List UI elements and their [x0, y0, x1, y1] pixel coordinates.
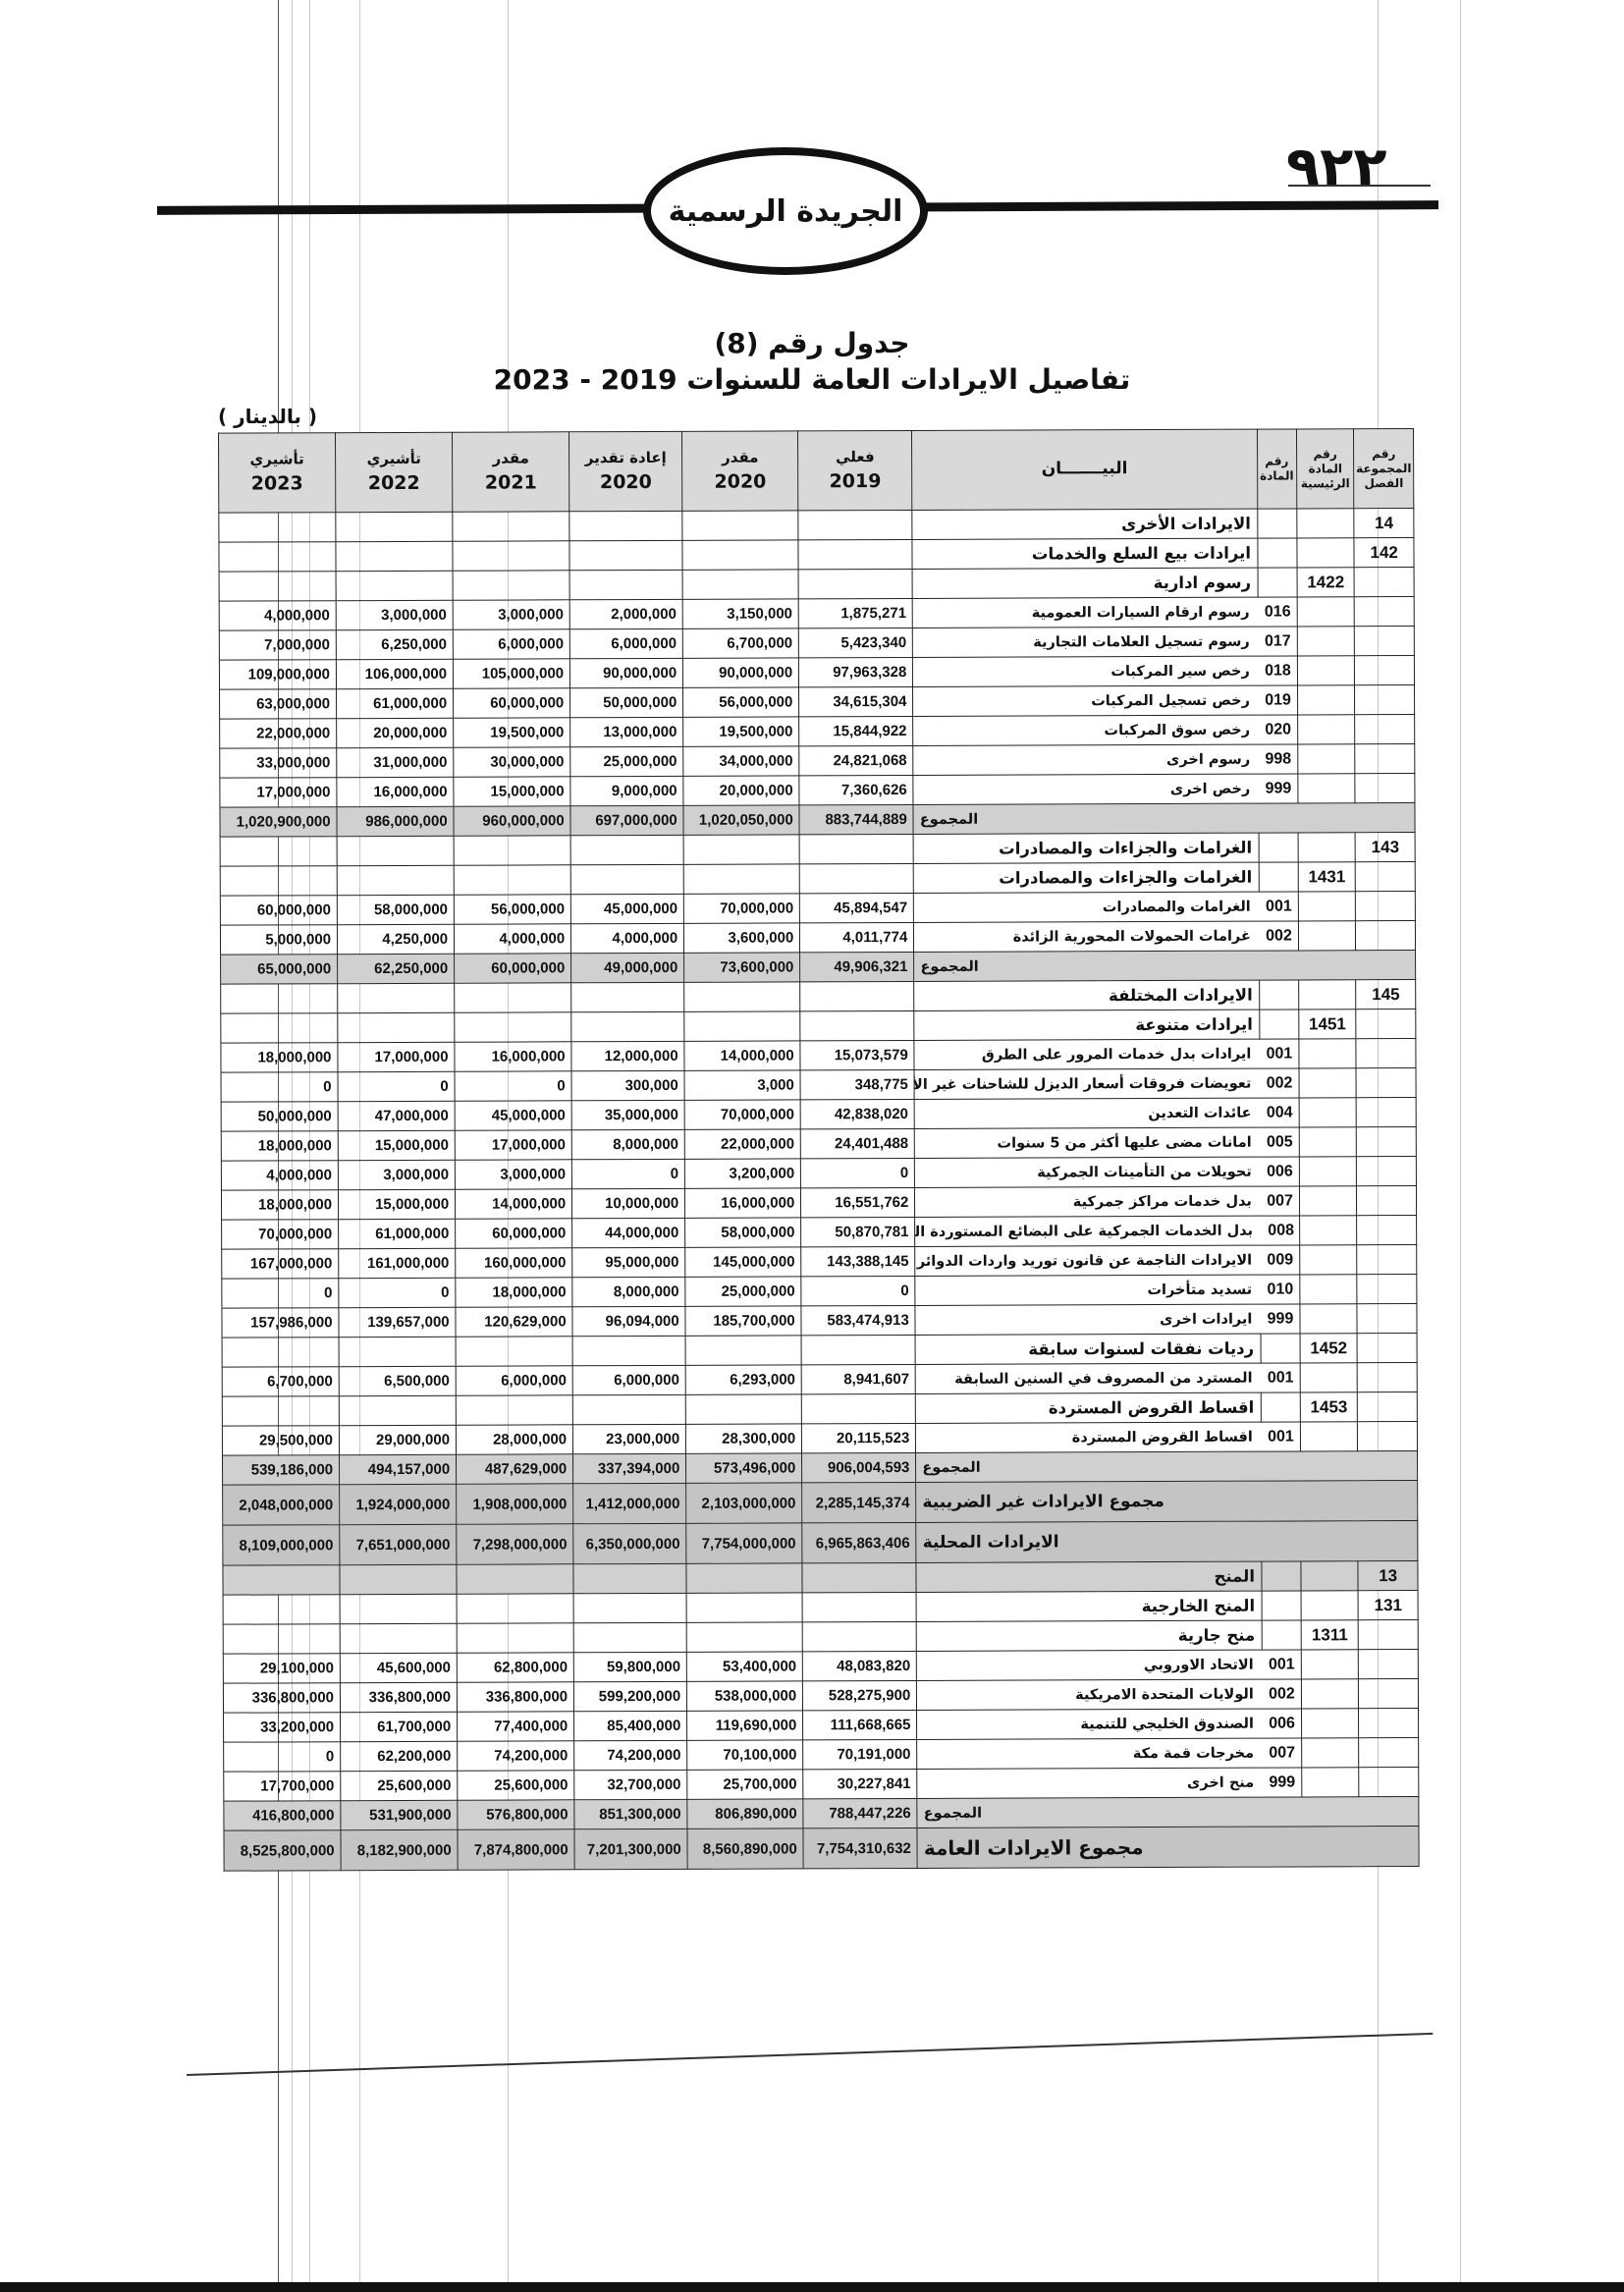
chapter-cell: [1359, 1708, 1419, 1737]
value-cell: 4,250,000: [337, 924, 454, 954]
item-label: 005امانات مضى عليها أكثر من 5 سنوات: [915, 1127, 1300, 1159]
col-item-number: رقم المادة: [1257, 429, 1297, 509]
table-row-total: 65,000,00062,250,00060,000,00049,000,000…: [221, 950, 1416, 984]
value-cell: 7,360,626: [799, 775, 913, 804]
chapter-cell: [1355, 714, 1415, 743]
group-label: الايرادات الأخرى: [912, 509, 1257, 539]
value-cell: 4,000,000: [455, 924, 571, 954]
chapter-cell: [1357, 1303, 1417, 1333]
value-cell: 6,293,000: [685, 1365, 801, 1394]
value-cell: [802, 1621, 916, 1651]
value-cell: 3,200,000: [685, 1159, 801, 1188]
page-number-underline: [1288, 185, 1431, 187]
chapter-cell: [1357, 1156, 1417, 1185]
item-label: 018رخص سير المركبات: [913, 656, 1298, 687]
item-code: 001: [1261, 1428, 1294, 1446]
value-cell: [683, 835, 799, 864]
chapter-cell: [1355, 743, 1415, 773]
value-cell: [571, 1011, 684, 1041]
gazette-name: الجريدة الرسمية: [669, 194, 903, 229]
value-cell: [340, 1623, 457, 1653]
main-item-cell: [1300, 1275, 1358, 1304]
main-item-cell: [1298, 774, 1356, 803]
table-row-group: الغرامات والجزاءات والمصادرات1431: [220, 861, 1415, 896]
item-label: 009الايرادات الناجمة عن قانون توريد وارد…: [915, 1245, 1300, 1277]
chapter-cell: [1358, 1392, 1418, 1421]
value-cell: 788,447,226: [803, 1798, 917, 1828]
item-label: 004عائدات التعدين: [914, 1098, 1299, 1129]
value-cell: 7,754,310,632: [803, 1828, 917, 1868]
main-item-cell: [1298, 921, 1356, 951]
col-2020-estimate: مقدر2020: [682, 431, 798, 511]
value-cell: [340, 1594, 457, 1623]
col-main-item-number: رقم المادة الرئيسية: [1296, 429, 1354, 509]
main-item-cell: [1301, 1709, 1359, 1738]
main-item-cell: 1453: [1300, 1392, 1358, 1422]
unit-note: ( بالدينار ): [218, 405, 317, 428]
main-item-cell: 1311: [1301, 1620, 1359, 1650]
table-row-item: 29,500,00029,000,00028,000,00023,000,000…: [222, 1421, 1417, 1455]
value-cell: 851,300,000: [574, 1799, 687, 1828]
value-cell: 50,870,781: [801, 1217, 915, 1246]
value-cell: [573, 1563, 686, 1593]
value-cell: 1,020,050,000: [683, 805, 799, 835]
value-cell: 97,963,328: [799, 657, 913, 686]
value-cell: [339, 1337, 456, 1366]
table-row-group: الغرامات والجزاءات والمصادرات143: [220, 832, 1415, 866]
item-cell: [1261, 1392, 1300, 1422]
table-row-item: 33,200,00061,700,00077,400,00085,400,000…: [224, 1708, 1419, 1742]
value-cell: 30,000,000: [454, 747, 570, 777]
total-label: المجموع: [916, 1450, 1418, 1482]
value-cell: 6,000,000: [572, 1365, 685, 1394]
table-row-item: 63,000,00061,000,00060,000,00050,000,000…: [220, 685, 1415, 720]
value-cell: 19,500,000: [454, 718, 570, 747]
value-cell: [338, 983, 455, 1012]
main-item-cell: [1301, 1679, 1359, 1709]
group-label: ايرادات متنوعة: [914, 1010, 1259, 1040]
total-label: المجموع: [917, 1796, 1419, 1828]
chapter-cell: [1357, 1126, 1417, 1156]
value-cell: [455, 1012, 571, 1042]
item-cell: [1261, 1334, 1300, 1363]
value-cell: 53,400,000: [686, 1652, 802, 1681]
value-cell: 74,200,000: [458, 1741, 574, 1771]
value-cell: 348,775: [800, 1069, 914, 1099]
item-label: 999ايرادات اخرى: [915, 1304, 1300, 1336]
item-label: 999رخص اخرى: [913, 774, 1298, 805]
main-item-cell: 1422: [1297, 568, 1355, 597]
value-cell: 5,000,000: [220, 925, 337, 955]
value-cell: 96,094,000: [572, 1306, 685, 1336]
value-cell: 62,250,000: [338, 954, 455, 983]
value-cell: 15,000,000: [339, 1189, 456, 1219]
value-cell: 539,186,000: [223, 1455, 340, 1485]
table-row-item: 000300,0003,000348,775002تعويضات فروقات …: [221, 1067, 1416, 1102]
value-cell: 25,000,000: [570, 746, 683, 776]
item-code: 005: [1260, 1133, 1293, 1151]
main-item-cell: [1300, 1304, 1358, 1334]
value-cell: [223, 1595, 340, 1624]
value-cell: 7,874,800,000: [458, 1829, 574, 1870]
value-cell: 105,000,000: [454, 659, 570, 688]
value-cell: [336, 512, 453, 541]
value-cell: [222, 1337, 339, 1367]
chapter-cell: 13: [1358, 1560, 1418, 1590]
value-cell: 70,000,000: [684, 1100, 800, 1129]
value-cell: 145,000,000: [685, 1247, 801, 1277]
item-code: 002: [1259, 927, 1292, 945]
value-cell: [800, 981, 914, 1010]
value-cell: [453, 541, 569, 571]
value-cell: [684, 982, 800, 1011]
item-label: 007بدل خدمات مراكز جمركية: [915, 1186, 1300, 1218]
table-row-item: 18,000,00017,000,00016,000,00012,000,000…: [221, 1038, 1416, 1072]
value-cell: 63,000,000: [220, 689, 337, 719]
chapter-cell: [1359, 1619, 1419, 1649]
value-cell: [454, 836, 570, 865]
value-cell: 70,000,000: [222, 1220, 339, 1249]
value-cell: [800, 1010, 914, 1040]
value-cell: 599,200,000: [574, 1681, 687, 1711]
item-code: 999: [1262, 1774, 1295, 1791]
total-label: الايرادات المحلية: [916, 1520, 1418, 1562]
item-code: 999: [1258, 780, 1291, 797]
value-cell: 17,700,000: [224, 1772, 341, 1801]
item-code: 001: [1261, 1369, 1294, 1387]
chapter-cell: [1357, 1244, 1417, 1274]
value-cell: 44,000,000: [572, 1218, 685, 1247]
col-2020-revised: إعادة تقدير2020: [569, 431, 682, 511]
value-cell: 17,000,000: [338, 1042, 455, 1071]
main-item-cell: [1297, 715, 1355, 744]
table-row-item: 4,000,0003,000,0003,000,00003,200,000000…: [221, 1156, 1416, 1190]
table-row-group: الايرادات الأخرى14: [219, 509, 1414, 543]
table-header-row: تأشيري2023 تأشيري2022 مقدر2021 إعادة تقد…: [219, 429, 1414, 514]
chapter-cell: [1357, 1333, 1417, 1362]
item-cell: [1259, 862, 1298, 892]
main-item-cell: 1451: [1299, 1010, 1357, 1039]
total-label: المجموع: [914, 950, 1416, 981]
chapter-cell: [1359, 1678, 1419, 1708]
value-cell: [221, 984, 338, 1013]
item-label: 002الولايات المتحدة الامريكية: [917, 1679, 1302, 1711]
value-cell: [798, 510, 912, 539]
table-row-item: 17,700,00025,600,00025,600,00032,700,000…: [224, 1767, 1419, 1801]
value-cell: 906,004,593: [802, 1452, 916, 1482]
chapter-cell: [1359, 1767, 1419, 1796]
table-row-item: 167,000,000161,000,000160,000,00095,000,…: [222, 1244, 1417, 1279]
value-cell: 17,000,000: [220, 778, 337, 807]
gazette-emblem: الجريدة الرسمية: [643, 147, 928, 275]
item-code: 001: [1259, 1045, 1292, 1063]
value-cell: 10,000,000: [572, 1188, 685, 1218]
item-label: 016رسوم ارقام السيارات العمومية: [912, 597, 1297, 628]
table-row-item: 70,000,00061,000,00060,000,00044,000,000…: [222, 1215, 1417, 1249]
main-item-cell: [1299, 1127, 1357, 1157]
value-cell: 29,500,000: [222, 1426, 339, 1455]
value-cell: 7,651,000,000: [340, 1524, 457, 1564]
value-cell: 0: [801, 1276, 915, 1305]
value-cell: 3,600,000: [684, 923, 800, 953]
value-cell: [572, 1336, 685, 1365]
value-cell: [457, 1623, 573, 1653]
value-cell: 70,100,000: [687, 1740, 803, 1770]
chapter-cell: 131: [1358, 1590, 1418, 1619]
item-label: 020رخص سوق المركبات: [913, 715, 1298, 746]
value-cell: 528,275,900: [803, 1680, 917, 1710]
value-cell: 0: [222, 1279, 339, 1308]
chapter-cell: 143: [1355, 832, 1415, 861]
value-cell: [798, 539, 912, 569]
main-item-cell: [1297, 509, 1355, 538]
value-cell: [570, 835, 683, 864]
value-cell: 70,000,000: [684, 894, 800, 923]
main-item-cell: [1297, 597, 1355, 627]
value-cell: 2,103,000,000: [686, 1483, 802, 1523]
value-cell: 0: [801, 1158, 915, 1187]
table-row-item: 33,000,00031,000,00030,000,00025,000,000…: [220, 743, 1415, 778]
main-item-cell: [1298, 892, 1356, 921]
value-cell: 143,388,145: [801, 1246, 915, 1276]
item-code: 001: [1259, 898, 1292, 915]
value-cell: 6,000,000: [456, 1366, 572, 1395]
value-cell: [799, 863, 913, 893]
value-cell: 157,986,000: [222, 1308, 339, 1337]
item-cell: [1259, 1010, 1298, 1039]
value-cell: [336, 571, 453, 600]
value-cell: 73,600,000: [684, 953, 800, 982]
value-cell: 986,000,000: [337, 806, 454, 836]
table-row-grand: 8,109,000,0007,651,000,0007,298,000,0006…: [223, 1520, 1418, 1565]
value-cell: [799, 834, 913, 863]
table-row-group: رديات نفقات لسنوات سابقة1452: [222, 1333, 1417, 1367]
chapter-cell: [1356, 1067, 1416, 1097]
value-cell: 60,000,000: [456, 1219, 572, 1248]
value-cell: [339, 1395, 456, 1425]
value-cell: 77,400,000: [458, 1712, 574, 1741]
value-cell: 18,000,000: [456, 1278, 572, 1307]
chapter-cell: [1354, 568, 1414, 597]
value-cell: 538,000,000: [687, 1681, 803, 1711]
table-row-total: 539,186,000494,157,000487,629,000337,394…: [223, 1450, 1418, 1485]
value-cell: [569, 570, 682, 599]
value-cell: [798, 569, 912, 598]
main-item-cell: [1299, 1157, 1357, 1186]
value-cell: 8,000,000: [571, 1129, 684, 1159]
value-cell: 160,000,000: [456, 1248, 572, 1278]
value-cell: [682, 540, 798, 570]
value-cell: 12,000,000: [571, 1041, 684, 1070]
value-cell: 0: [221, 1072, 338, 1102]
value-cell: 13,000,000: [570, 717, 683, 746]
value-cell: 4,000,000: [219, 601, 336, 630]
value-cell: 33,200,000: [224, 1713, 341, 1742]
value-cell: [455, 983, 571, 1012]
value-cell: [220, 866, 337, 896]
value-cell: 487,629,000: [457, 1454, 573, 1484]
value-cell: 62,200,000: [341, 1741, 458, 1771]
value-cell: [801, 1335, 915, 1364]
chapter-cell: [1358, 1421, 1418, 1450]
value-cell: 18,000,000: [221, 1043, 338, 1072]
main-item-cell: [1300, 1245, 1358, 1275]
main-item-cell: [1299, 980, 1357, 1010]
col-2022: تأشيري2022: [336, 432, 453, 512]
value-cell: 29,000,000: [339, 1425, 456, 1454]
scan-edge: [0, 2282, 1624, 2292]
value-cell: [686, 1622, 802, 1652]
value-cell: 106,000,000: [336, 659, 453, 688]
main-item-cell: [1301, 1561, 1359, 1591]
value-cell: 61,700,000: [341, 1712, 458, 1741]
chapter-cell: [1359, 1737, 1419, 1767]
revenue-table-container: تأشيري2023 تأشيري2022 مقدر2021 إعادة تقد…: [218, 428, 1420, 1872]
value-cell: 416,800,000: [224, 1801, 341, 1830]
group-label: المنح: [916, 1561, 1261, 1592]
value-cell: 45,600,000: [340, 1653, 457, 1682]
col-2019-actual: فعلي2019: [798, 430, 912, 510]
item-code: 001: [1262, 1656, 1295, 1673]
value-cell: [686, 1563, 802, 1593]
item-label: 007مخرجات قمة مكة: [917, 1738, 1302, 1770]
table-row-group-shaded: المنح13: [223, 1560, 1418, 1595]
value-cell: 4,011,774: [800, 922, 914, 952]
value-cell: 8,560,890,000: [687, 1828, 803, 1869]
main-item-cell: [1299, 1039, 1357, 1068]
value-cell: [454, 865, 570, 895]
item-cell: [1261, 1561, 1300, 1591]
value-cell: 573,496,000: [686, 1453, 802, 1483]
item-label: 001اقساط القروض المستردة: [916, 1422, 1301, 1453]
table-row-group: الايرادات المختلفة145: [221, 979, 1416, 1013]
value-cell: 24,401,488: [801, 1128, 915, 1158]
item-cell: [1257, 538, 1296, 568]
main-item-cell: [1298, 744, 1356, 774]
main-item-cell: [1299, 1216, 1357, 1245]
value-cell: 8,000,000: [572, 1277, 685, 1306]
main-item-cell: [1300, 1363, 1358, 1392]
item-code: 002: [1262, 1685, 1295, 1703]
value-cell: 3,000,000: [336, 600, 453, 629]
group-label: المنح الخارجية: [916, 1591, 1261, 1621]
value-cell: 42,838,020: [800, 1099, 914, 1128]
table-row-item: 109,000,000106,000,000105,000,00090,000,…: [219, 656, 1414, 690]
value-cell: [221, 1013, 338, 1043]
item-cell: [1259, 833, 1298, 862]
value-cell: 15,000,000: [338, 1130, 455, 1160]
chapter-cell: [1355, 597, 1415, 627]
value-cell: 17,000,000: [455, 1130, 571, 1160]
item-code: 007: [1260, 1192, 1293, 1210]
chapter-cell: [1355, 773, 1415, 802]
value-cell: [572, 1394, 685, 1424]
value-cell: 6,965,863,406: [802, 1522, 916, 1562]
value-cell: 531,900,000: [341, 1800, 458, 1829]
value-cell: 337,394,000: [573, 1453, 686, 1483]
value-cell: 58,000,000: [685, 1218, 801, 1247]
value-cell: 697,000,000: [570, 805, 683, 835]
value-cell: 6,250,000: [336, 629, 453, 659]
item-label: 019رخص تسجيل المركبات: [913, 685, 1298, 717]
chapter-cell: [1356, 861, 1416, 891]
main-item-cell: [1301, 1738, 1359, 1768]
col-chapter-number: رقم المجموعة الفصل: [1354, 429, 1414, 509]
item-cell: [1258, 568, 1297, 597]
chapter-cell: 142: [1354, 538, 1414, 568]
item-cell: [1262, 1591, 1301, 1620]
table-row-item: 29,100,00045,600,00062,800,00059,800,000…: [223, 1649, 1418, 1683]
value-cell: 7,000,000: [219, 630, 336, 660]
footer-rule: [187, 2033, 1433, 2076]
value-cell: [685, 1394, 801, 1424]
item-label: 002تعويضات فروقات أسعار الديزل للشاحنات …: [914, 1068, 1299, 1100]
value-cell: 0: [339, 1278, 456, 1307]
main-item-cell: [1299, 1068, 1357, 1098]
value-cell: 25,000,000: [685, 1277, 801, 1306]
group-label: ايرادات بيع السلع والخدمات: [912, 538, 1257, 569]
value-cell: 806,890,000: [687, 1799, 803, 1828]
col-2021: مقدر2021: [453, 432, 569, 512]
value-cell: 3,000,000: [455, 1160, 571, 1189]
chapter-cell: [1355, 656, 1415, 685]
item-cell: [1259, 980, 1298, 1010]
value-cell: 56,000,000: [683, 687, 799, 717]
main-item-cell: [1297, 685, 1355, 715]
group-label: الغرامات والجزاءات والمصادرات: [913, 833, 1258, 863]
value-cell: 8,109,000,000: [223, 1525, 340, 1565]
total-label: مجموع الايرادات غير الضريبية: [916, 1480, 1418, 1522]
value-cell: [223, 1624, 340, 1654]
value-cell: 59,800,000: [573, 1652, 686, 1681]
total-label: المجموع: [913, 802, 1415, 834]
value-cell: 58,000,000: [337, 895, 454, 924]
chapter-cell: [1358, 1362, 1418, 1392]
value-cell: 0: [455, 1071, 571, 1101]
value-cell: 19,500,000: [683, 717, 799, 746]
value-cell: 3,000,000: [453, 600, 569, 629]
value-cell: [336, 541, 453, 571]
main-item-cell: [1297, 627, 1355, 656]
table-row-grand: 2,048,000,0001,924,000,0001,908,000,0001…: [223, 1480, 1418, 1525]
value-cell: 4,000,000: [221, 1161, 338, 1190]
value-cell: 8,182,900,000: [341, 1829, 458, 1870]
value-cell: 6,700,000: [222, 1367, 339, 1396]
item-label: 999منح اخرى: [917, 1768, 1302, 1799]
value-cell: 20,000,000: [337, 718, 454, 747]
col-2023: تأشيري2023: [219, 433, 336, 513]
value-cell: 119,690,000: [687, 1711, 803, 1740]
value-cell: 23,000,000: [573, 1424, 686, 1453]
value-cell: 3,000,000: [338, 1160, 455, 1189]
value-cell: 95,000,000: [572, 1247, 685, 1277]
value-cell: 15,000,000: [454, 777, 570, 806]
value-cell: 16,000,000: [337, 777, 454, 806]
value-cell: 2,285,145,374: [802, 1482, 916, 1522]
table-row-group: ايرادات متنوعة1451: [221, 1009, 1416, 1043]
value-cell: [337, 865, 454, 895]
value-cell: 6,000,000: [453, 629, 569, 659]
value-cell: [340, 1564, 457, 1594]
value-cell: [686, 1593, 802, 1622]
value-cell: 70,191,000: [803, 1739, 917, 1769]
value-cell: 50,000,000: [570, 687, 683, 717]
value-cell: 6,350,000,000: [573, 1523, 686, 1563]
value-cell: 90,000,000: [683, 658, 799, 687]
value-cell: [570, 864, 683, 894]
value-cell: 65,000,000: [221, 955, 338, 984]
value-cell: 49,906,321: [800, 952, 914, 981]
